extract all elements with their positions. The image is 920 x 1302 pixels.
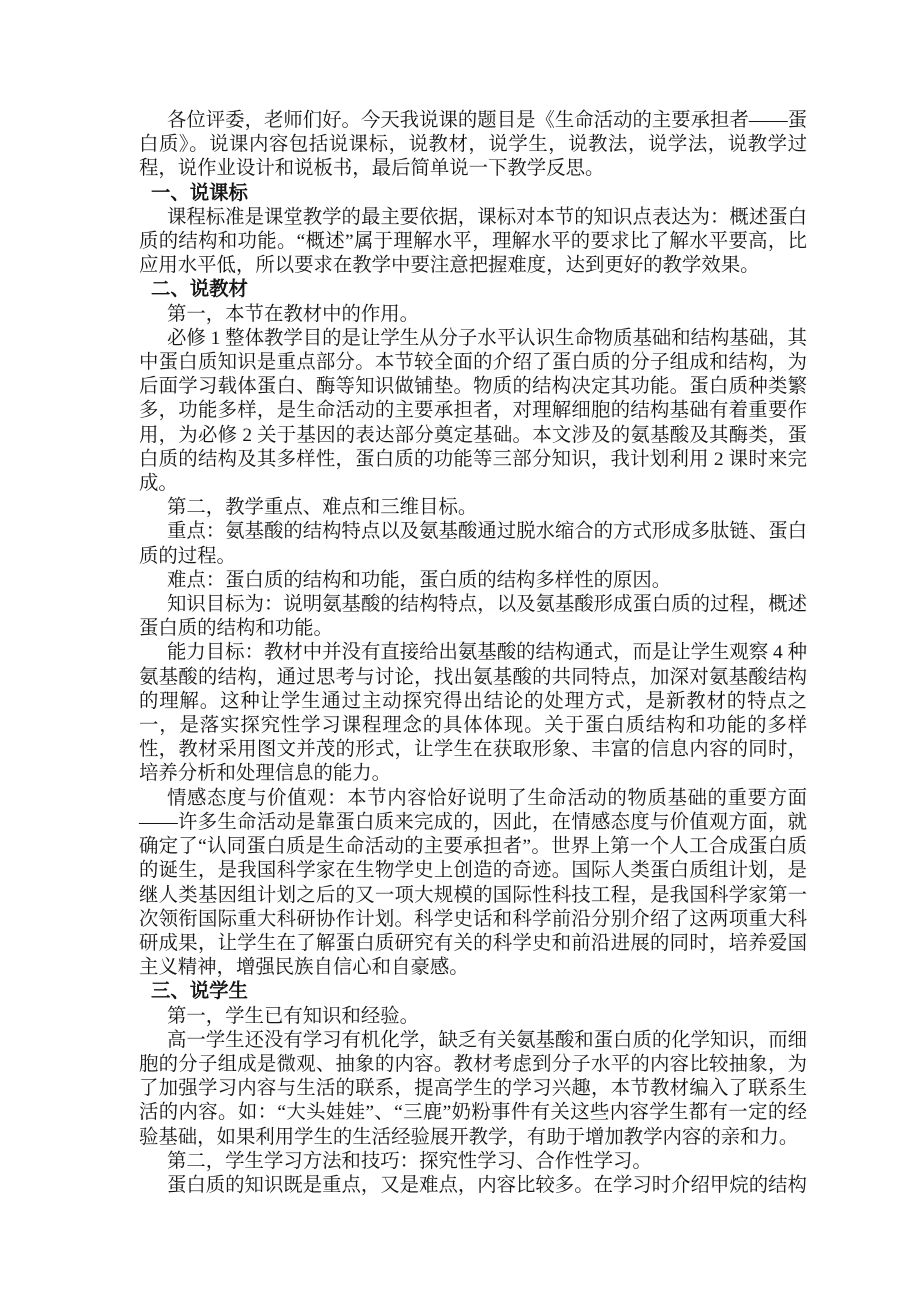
page-content: 各位评委，老师们好。今天我说课的题目是《生命活动的主要承担者——蛋白质》。说课内… [139, 109, 807, 1198]
para-gaoyi-students: 高一学生还没有学习有机化学，缺乏有关氨基酸和蛋白质的化学知识，而细胞的分子组成是… [139, 1029, 807, 1150]
para-emotion-values: 情感态度与价值观：本节内容恰好说明了生命活动的物质基础的重要方面——许多生命活动… [139, 787, 807, 981]
heading-shuokebiao: 一、说课标 [139, 182, 807, 206]
heading-shuojiaocai: 二、说教材 [139, 278, 807, 302]
para-ability-goal: 能力目标：教材中并没有直接给出氨基酸的结构通式，而是让学生观察 4 种氨基酸的结… [139, 641, 807, 786]
para-learning-methods: 第二，学生学习方法和技巧：探究性学习、合作性学习。 [139, 1150, 807, 1174]
para-knowledge-goal: 知识目标为：说明氨基酸的结构特点，以及氨基酸形成蛋白质的过程，概述蛋白质的结构和… [139, 593, 807, 641]
para-teaching-goals-intro: 第二，教学重点、难点和三维目标。 [139, 496, 807, 520]
para-bixiu1-overview: 必修 1 整体教学目的是让学生从分子水平认识生命物质基础和结构基础，其中蛋白质知… [139, 327, 807, 496]
heading-shuoxuesheng: 三、说学生 [139, 980, 807, 1004]
para-protein-knowledge: 蛋白质的知识既是重点，又是难点，内容比较多。在学习时介绍甲烷的结构 [139, 1174, 807, 1198]
para-difficult-points: 难点：蛋白质的结构和功能，蛋白质的结构多样性的原因。 [139, 569, 807, 593]
para-key-points: 重点：氨基酸的结构特点以及氨基酸通过脱水缩合的方式形成多肽链、蛋白质的过程。 [139, 520, 807, 568]
intro-paragraph: 各位评委，老师们好。今天我说课的题目是《生命活动的主要承担者——蛋白质》。说课内… [139, 109, 807, 182]
para-student-experience: 第一，学生已有知识和经验。 [139, 1005, 807, 1029]
document-page: 各位评委，老师们好。今天我说课的题目是《生命活动的主要承担者——蛋白质》。说课内… [0, 0, 920, 1302]
para-textbook-role: 第一，本节在教材中的作用。 [139, 303, 807, 327]
para-course-standard: 课程标准是课堂教学的最主要依据，课标对本节的知识点表达为：概述蛋白质的结构和功能… [139, 206, 807, 279]
